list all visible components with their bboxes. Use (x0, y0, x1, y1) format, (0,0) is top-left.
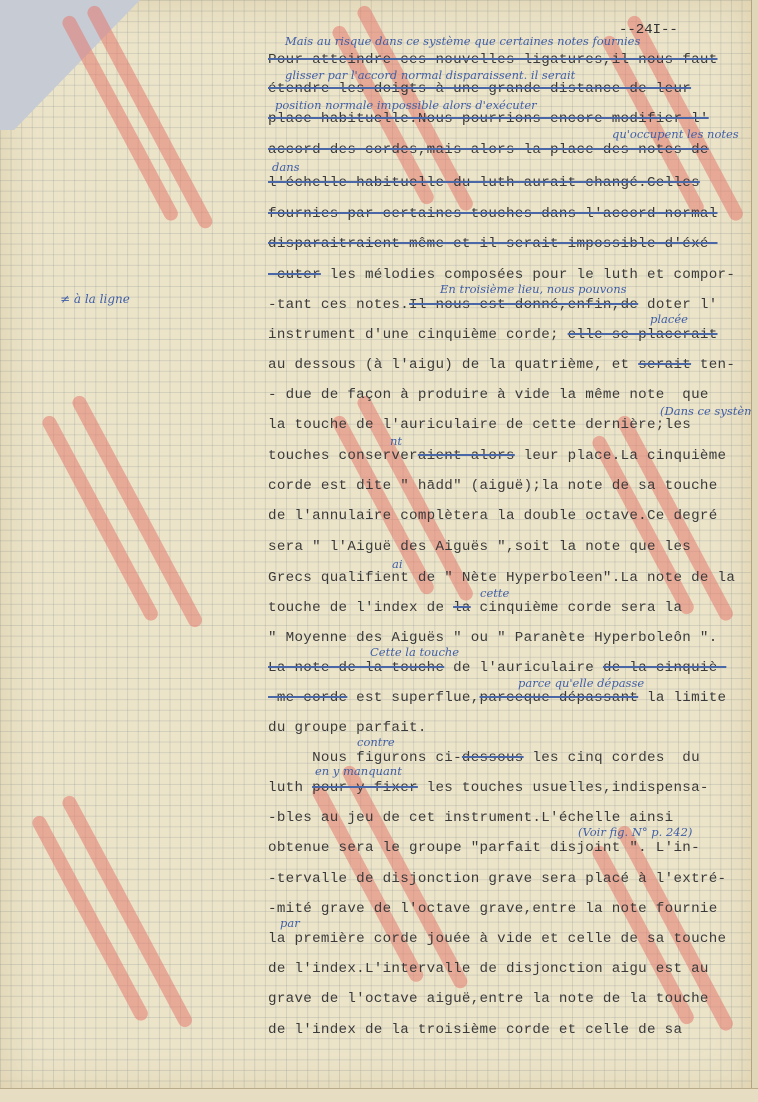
typed-line: -tant ces notes.Il nous est donné,enfin,… (268, 297, 718, 313)
struck-text: aient alors (418, 448, 515, 464)
typed-line: de l'index.L'intervalle de disjonction a… (268, 961, 709, 977)
text-segment: -mité grave de l'octave grave,entre la n… (268, 901, 718, 917)
text-segment: la limite (638, 690, 726, 706)
struck-text: dessous (462, 750, 524, 766)
text-segment: instrument d'une cinquième corde; (268, 327, 568, 343)
text-segment: ten- (691, 357, 735, 373)
typed-line: sera " l'Aiguë des Aiguës ",soit la note… (268, 539, 691, 555)
text-segment: - due de façon à produire à vide la même… (268, 387, 709, 403)
handwritten-note: (Voir fig. N° p. 242) (578, 825, 692, 839)
struck-text: -cuter (268, 267, 321, 283)
struck-text: de la cinquiè- (603, 660, 726, 676)
text-segment: de l'annulaire complètera la double octa… (268, 508, 718, 524)
typed-line: Pour atteindre ces nouvelles ligatures,i… (268, 52, 718, 68)
typed-line: corde est dite " hādd" (aiguë);la note d… (268, 478, 718, 494)
text-segment: les mélodies composées pour le luth et c… (321, 267, 735, 283)
struck-text: étendre les doigts à une grande distance… (268, 81, 691, 97)
text-segment: -tervalle de disjonction grave sera plac… (268, 871, 726, 887)
struck-text: disparaitraient même et il serait imposs… (268, 236, 718, 252)
text-segment: grave de l'octave aiguë,entre la note de… (268, 991, 709, 1007)
typed-line: la première corde jouée à vide et celle … (268, 931, 726, 947)
text-segment: est superflue, (347, 690, 479, 706)
text-segment: doter l' (638, 297, 717, 313)
typed-line: disparaitraient même et il serait imposs… (268, 236, 718, 252)
text-segment: au dessous (à l'aigu) de la quatrième, e… (268, 357, 638, 373)
margin-note: ≠ à la ligne (60, 292, 130, 306)
page-edge (751, 0, 758, 1102)
typed-line: l'échelle habituelle du luth aurait chan… (268, 175, 700, 191)
handwritten-note: parce qu'elle dépasse (518, 676, 644, 690)
text-segment: leur place.La cinquième (515, 448, 727, 464)
struck-text: parceque dépassant (480, 690, 639, 706)
text-segment: touches conserver (268, 448, 418, 464)
text-segment: la touche de l'auriculaire de cette dern… (268, 417, 691, 433)
typed-line: instrument d'une cinquième corde; elle s… (268, 327, 718, 343)
typed-line: de l'annulaire complètera la double octa… (268, 508, 718, 524)
typed-line: grave de l'octave aiguë,entre la note de… (268, 991, 709, 1007)
typed-line: étendre les doigts à une grande distance… (268, 81, 691, 97)
typed-line: - due de façon à produire à vide la même… (268, 387, 709, 403)
text-segment: de l'index.L'intervalle de disjonction a… (268, 961, 709, 977)
typed-line: de l'index de la troisième corde et cell… (268, 1022, 682, 1038)
text-segment: -bles au jeu de cet instrument.L'échelle… (268, 810, 673, 826)
text-segment: du groupe parfait. (268, 720, 427, 736)
handwritten-note: dans (272, 160, 300, 174)
typed-line: -me corde est superflue,parceque dépassa… (268, 690, 726, 706)
handwritten-note: ai (392, 557, 403, 571)
struck-text: fournies par certaines touches dans l'ac… (268, 206, 718, 222)
struck-text: elle se placerait (568, 327, 718, 343)
handwritten-note: En troisième lieu, nous pouvons (440, 282, 627, 296)
handwritten-note: (Dans ce système) (660, 404, 758, 418)
struck-text: serait (638, 357, 691, 373)
typed-line: du groupe parfait. (268, 720, 427, 736)
text-segment: cinquième corde sera la (471, 600, 683, 616)
handwritten-note: glisser par l'accord normal disparaissen… (285, 68, 575, 82)
typed-line: accord des cordes,mais alors la place de… (268, 142, 709, 158)
handwritten-note: Mais au risque dans ce système que certa… (285, 34, 640, 48)
underlying-sheet (0, 1088, 758, 1102)
text-segment: la première corde jouée à vide et celle … (268, 931, 726, 947)
typed-line: la touche de l'auriculaire de cette dern… (268, 417, 691, 433)
text-segment: " Moyenne des Aiguës " ou " Paranète Hyp… (268, 630, 718, 646)
handwritten-note: position normale impossible alors d'exéc… (275, 98, 537, 112)
handwritten-note: cette (480, 586, 509, 600)
handwritten-note: qu'occupent les notes (612, 127, 739, 141)
text-segment: corde est dite " hādd" (aiguë);la note d… (268, 478, 718, 494)
text-segment: de l'auriculaire (444, 660, 603, 676)
handwritten-note: par (280, 916, 300, 930)
struck-text: la (453, 600, 471, 616)
struck-text: La note de la touche (268, 660, 444, 676)
typed-line: fournies par certaines touches dans l'ac… (268, 206, 718, 222)
handwritten-note: nt (390, 434, 402, 448)
struck-text: accord des cordes,mais alors la place de… (268, 142, 709, 158)
typed-line: -tervalle de disjonction grave sera plac… (268, 871, 726, 887)
text-segment: -tant ces notes. (268, 297, 409, 313)
typed-line: La note de la touche de l'auriculaire de… (268, 660, 726, 676)
typed-line: au dessous (à l'aigu) de la quatrième, e… (268, 357, 735, 373)
text-segment: Grecs qualifient de " Nète Hyperboleen".… (268, 570, 735, 586)
text-segment: les touches usuelles,indispensa- (418, 780, 709, 796)
typed-line: touches conserveraient alors leur place.… (268, 448, 726, 464)
struck-text: l'échelle habituelle du luth aurait chan… (268, 175, 700, 191)
struck-text: Pour atteindre ces nouvelles ligatures,i… (268, 52, 718, 68)
watermark-stroke (85, 3, 215, 230)
typed-line: " Moyenne des Aiguës " ou " Paranète Hyp… (268, 630, 718, 646)
handwritten-note: Cette la touche (370, 645, 459, 659)
typed-line: luth pour y fixer les touches usuelles,i… (268, 780, 709, 796)
text-segment: luth (268, 780, 312, 796)
typed-line: -cuter les mélodies composées pour le lu… (268, 267, 735, 283)
typed-line: Grecs qualifient de " Nète Hyperboleen".… (268, 570, 735, 586)
handwritten-note: placée (650, 312, 688, 326)
typed-line: place habituelle.Nous pourrions encore m… (268, 111, 709, 127)
typed-line: touche de l'index de la cinquième corde … (268, 600, 682, 616)
text-segment: de l'index de la troisième corde et cell… (268, 1022, 682, 1038)
struck-text: Il nous est donné,enfin,de (409, 297, 638, 313)
text-segment: touche de l'index de (268, 600, 453, 616)
typed-line: obtenue sera le groupe "parfait disjoint… (268, 840, 700, 856)
struck-text: pour y fixer (312, 780, 418, 796)
handwritten-note: en y manquant (315, 764, 402, 778)
document-page: --24I-- ≠ à la ligne Pour atteindre ces … (0, 0, 752, 1092)
typed-line: -bles au jeu de cet instrument.L'échelle… (268, 810, 673, 826)
text-segment: sera " l'Aiguë des Aiguës ",soit la note… (268, 539, 691, 555)
handwritten-note: contre (357, 735, 395, 749)
text-segment: obtenue sera le groupe "parfait disjoint… (268, 840, 700, 856)
watermark-stroke (60, 13, 180, 223)
struck-text: -me corde (268, 690, 347, 706)
typed-line: -mité grave de l'octave grave,entre la n… (268, 901, 718, 917)
text-segment: les cinq cordes du (524, 750, 700, 766)
struck-text: place habituelle.Nous pourrions encore m… (268, 111, 709, 127)
